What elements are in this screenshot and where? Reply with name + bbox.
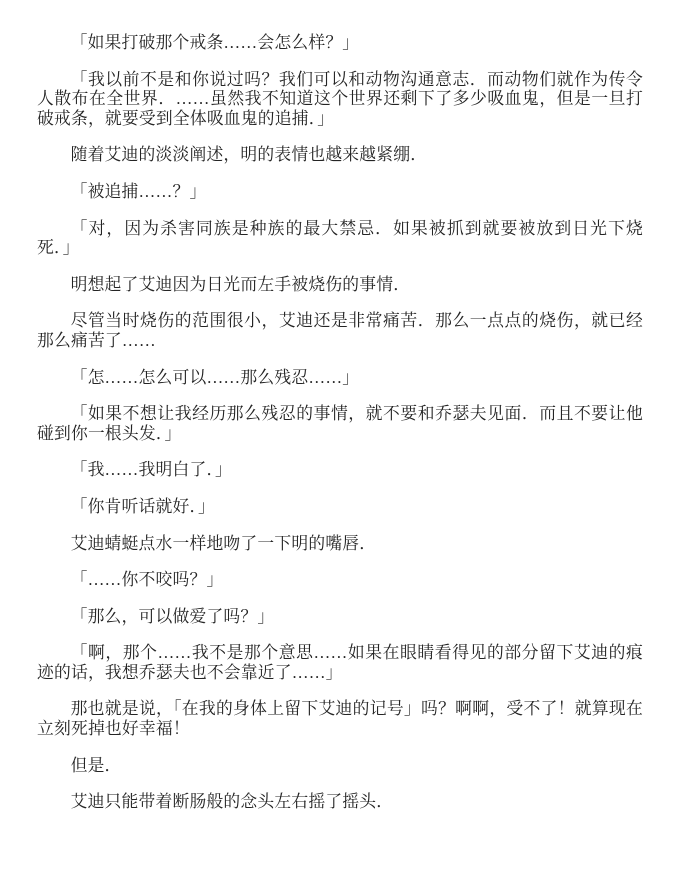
- paragraph-2: 「我以前不是和你说过吗？我们可以和动物沟通意志．而动物们就作为传令人散布在全世界…: [37, 70, 643, 129]
- paragraph-18: 艾迪只能带着断肠般的念头左右摇了摇头．: [37, 792, 643, 812]
- paragraph-9: 「如果不想让我经历那么残忍的事情，就不要和乔瑟夫见面．而且不要让他碰到你一根头发…: [37, 404, 643, 443]
- paragraph-11: 「你肯听话就好．」: [37, 497, 643, 517]
- paragraph-8: 「怎……怎么可以……那么残忍……」: [37, 368, 643, 388]
- paragraph-3: 随着艾迪的淡淡阐述，明的表情也越来越紧绷．: [37, 145, 643, 165]
- paragraph-16: 那也就是说，「在我的身体上留下艾迪的记号」吗？啊啊，受不了！就算现在立刻死掉也好…: [37, 699, 643, 738]
- paragraph-6: 明想起了艾迪因为日光而左手被烧伤的事情．: [37, 275, 643, 295]
- paragraph-14: 「那么，可以做爱了吗？」: [37, 607, 643, 627]
- paragraph-10: 「我……我明白了．」: [37, 460, 643, 480]
- paragraph-13: 「……你不咬吗？」: [37, 570, 643, 590]
- novel-page: 「如果打破那个戒条……会怎么样？」 「我以前不是和你说过吗？我们可以和动物沟通意…: [0, 0, 680, 880]
- paragraph-1: 「如果打破那个戒条……会怎么样？」: [37, 33, 643, 53]
- paragraph-4: 「被追捕……？」: [37, 182, 643, 202]
- paragraph-5: 「对，因为杀害同族是种族的最大禁忌．如果被抓到就要被放到日光下烧死．」: [37, 219, 643, 258]
- paragraph-12: 艾迪蜻蜓点水一样地吻了一下明的嘴唇．: [37, 534, 643, 554]
- paragraph-7: 尽管当时烧伤的范围很小，艾迪还是非常痛苦．那么一点点的烧伤，就已经那么痛苦了……: [37, 311, 643, 350]
- paragraph-15: 「啊，那个……我不是那个意思……如果在眼睛看得见的部分留下艾迪的痕迹的话，我想乔…: [37, 643, 643, 682]
- paragraph-17: 但是．: [37, 756, 643, 776]
